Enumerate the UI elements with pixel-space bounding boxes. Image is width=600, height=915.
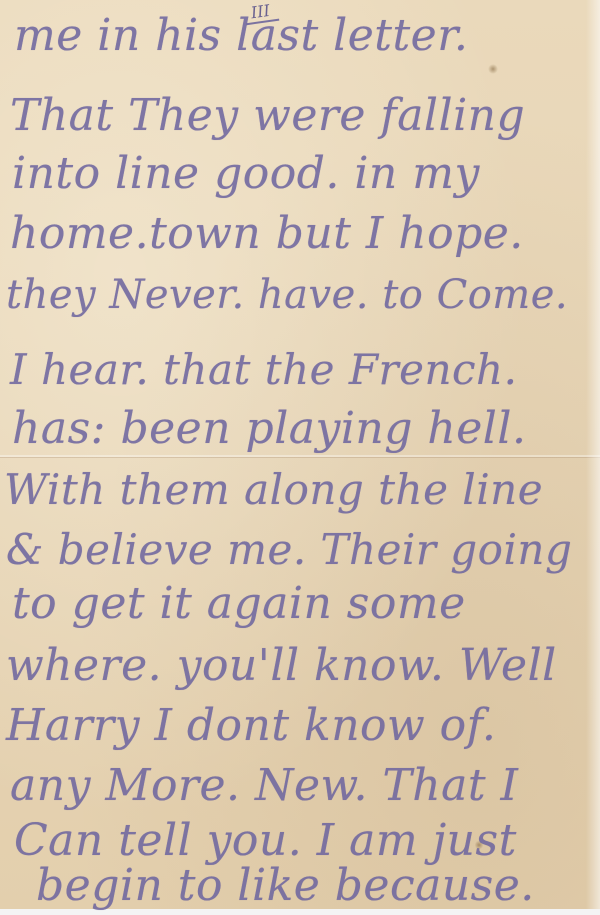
handwritten-line: home.town but I hope.: [10, 208, 524, 259]
handwritten-line: me in his last letter.: [14, 10, 468, 61]
letter-page: III me in his last letter. That They wer…: [0, 0, 600, 915]
handwritten-line: has: been playing hell.: [12, 403, 526, 454]
handwritten-line: into line good. in my: [12, 148, 480, 199]
handwritten-line: Harry I dont know of.: [6, 700, 496, 751]
handwritten-line: to get it again some: [12, 578, 466, 629]
paper-fold-crease: [0, 455, 600, 457]
handwritten-line: any More. New. That I: [10, 760, 518, 811]
paper-edge: [586, 0, 600, 915]
handwritten-line: & believe me. Their going: [6, 525, 572, 574]
handwritten-line: With them along the line: [4, 465, 543, 514]
handwritten-line: Can tell you. I am just: [14, 815, 517, 866]
handwritten-line: begin to like because.: [36, 860, 535, 911]
handwritten-line: That They were falling: [10, 90, 525, 141]
handwritten-line: they Never. have. to Come.: [6, 272, 568, 318]
handwritten-line: I hear. that the French.: [10, 345, 517, 394]
ink-spot: [488, 64, 498, 74]
handwritten-line: where. you'll know. Well: [6, 640, 557, 691]
